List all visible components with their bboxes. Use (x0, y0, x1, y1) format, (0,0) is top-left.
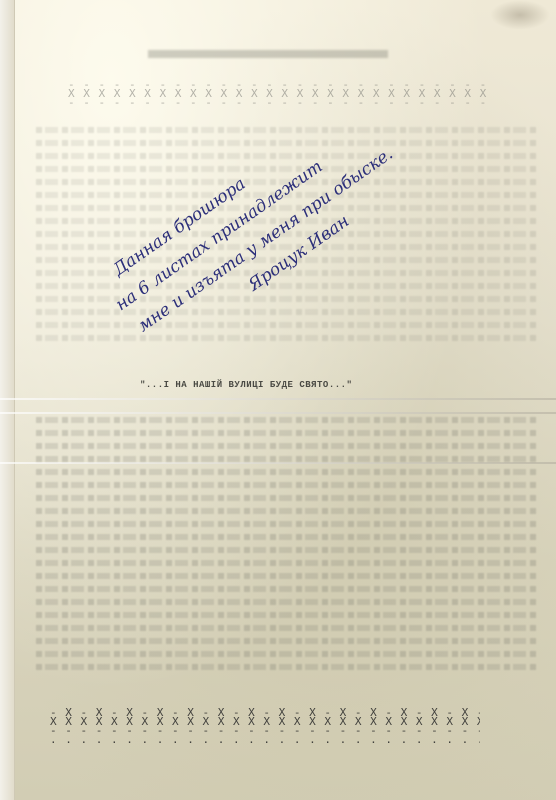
fold-line (0, 398, 556, 400)
document-page: - - - - - - - - - - - - - - - - - - - - … (0, 0, 556, 800)
typed-heading: "...І НА НАШІЙ ВУЛИЦІ БУДЕ СВЯТО..." (140, 380, 352, 390)
faded-text-block-bottom (36, 410, 536, 700)
stain (490, 0, 550, 30)
ornament-border-bottom: - X - X - X - X - X - X - X - X - X - X … (50, 708, 480, 744)
faded-top-title (148, 50, 388, 58)
page-left-edge (0, 0, 15, 800)
